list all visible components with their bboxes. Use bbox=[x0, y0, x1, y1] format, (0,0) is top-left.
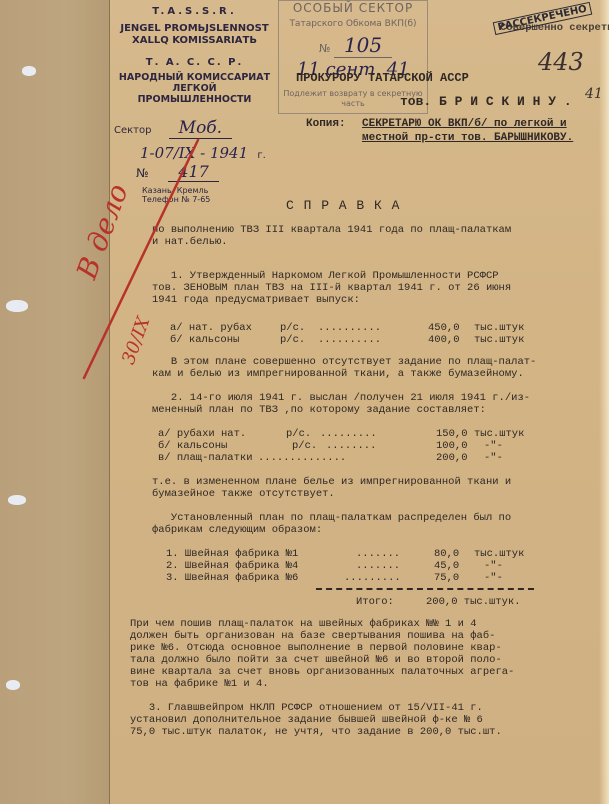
red-pencil-strike bbox=[0, 0, 609, 804]
